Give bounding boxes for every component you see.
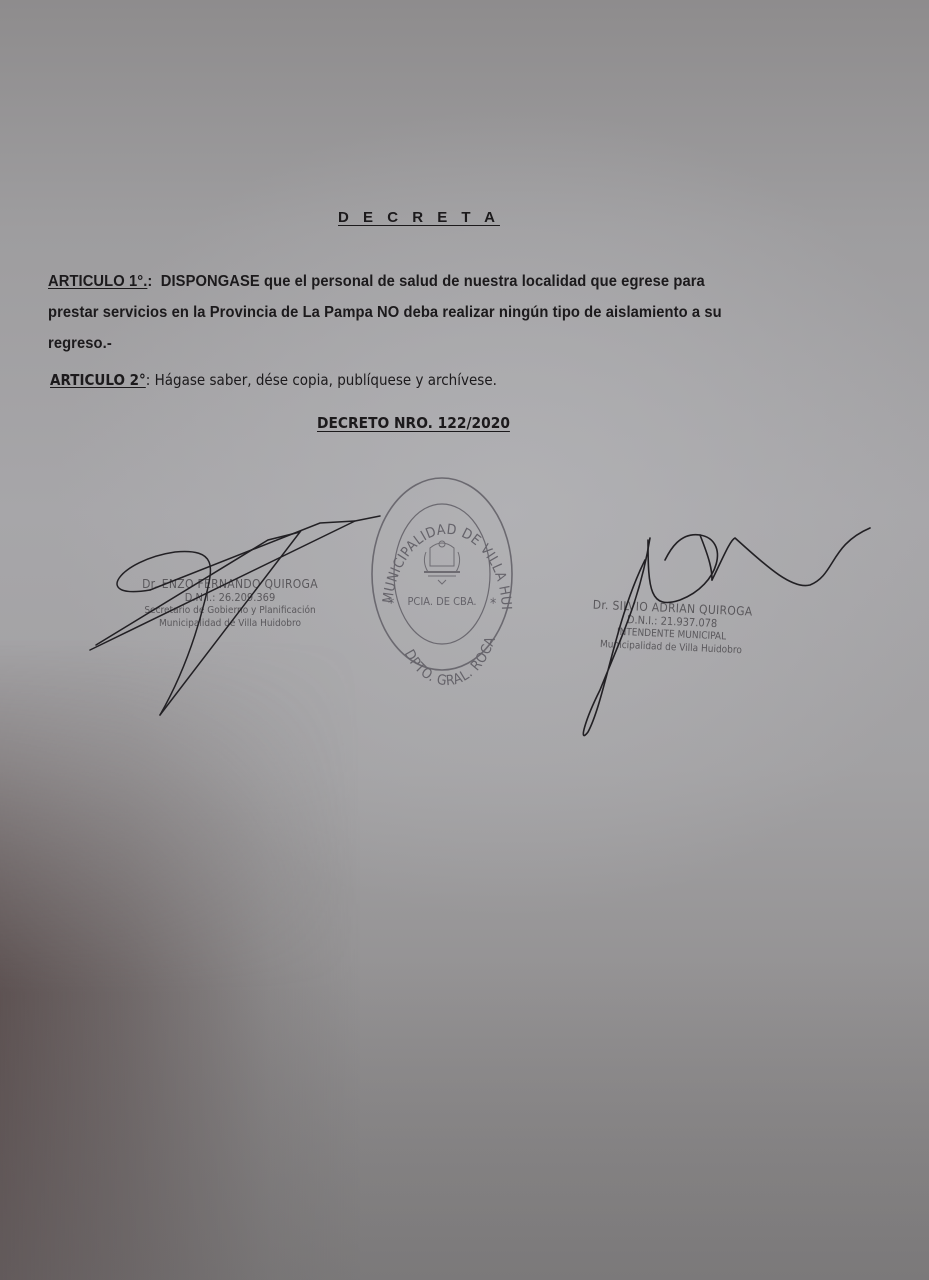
signer-left-role: Secretario de Gobierno y Planificación	[140, 604, 320, 617]
article-1-label: ARTICULO 1°.	[48, 273, 147, 290]
document-heading: D E C R E T A	[0, 209, 838, 226]
coat-of-arms-icon	[424, 541, 460, 584]
seal-and-signatures: MUNICIPALIDAD DE VILLA HUIDOBRO DPTO. GR…	[0, 0, 929, 1280]
article-2-text: Hágase saber, dése copia, publíquese y a…	[150, 371, 497, 389]
article-2: ARTICULO 2°: Hágase saber, dése copia, p…	[50, 371, 497, 389]
signer-left-name: Dr. ENZO FERNANDO QUIROGA	[140, 578, 320, 591]
seal-outer-bottom-text: DPTO. GRAL. ROCA	[401, 634, 499, 689]
signature-stamp-left: Dr. ENZO FERNANDO QUIROGA D.N.I.: 26.209…	[140, 578, 320, 630]
svg-text:*: *	[388, 596, 395, 612]
article-1-separator: :	[147, 273, 152, 290]
signer-left-dni: D.N.I.: 26.209.369	[140, 591, 320, 604]
signer-left-institution: Municipalidad de Villa Huidobro	[140, 617, 320, 630]
article-1: ARTICULO 1°.: DISPONGASE que el personal…	[48, 266, 747, 359]
photo-shadow	[0, 640, 360, 1280]
article-2-label: ARTICULO 2°	[50, 371, 146, 389]
svg-text:*: *	[490, 596, 497, 612]
signature-stamp-right: Dr. SILVIO ADRIAN QUIROGA D.N.I.: 21.937…	[576, 598, 768, 658]
photo-shadow-bottom	[0, 960, 929, 1280]
decree-number: DECRETO NRO. 122/2020	[317, 414, 510, 432]
article-1-lead: DISPONGASE	[161, 273, 260, 290]
seal-inner-text: PCIA. DE CBA.	[407, 595, 476, 608]
